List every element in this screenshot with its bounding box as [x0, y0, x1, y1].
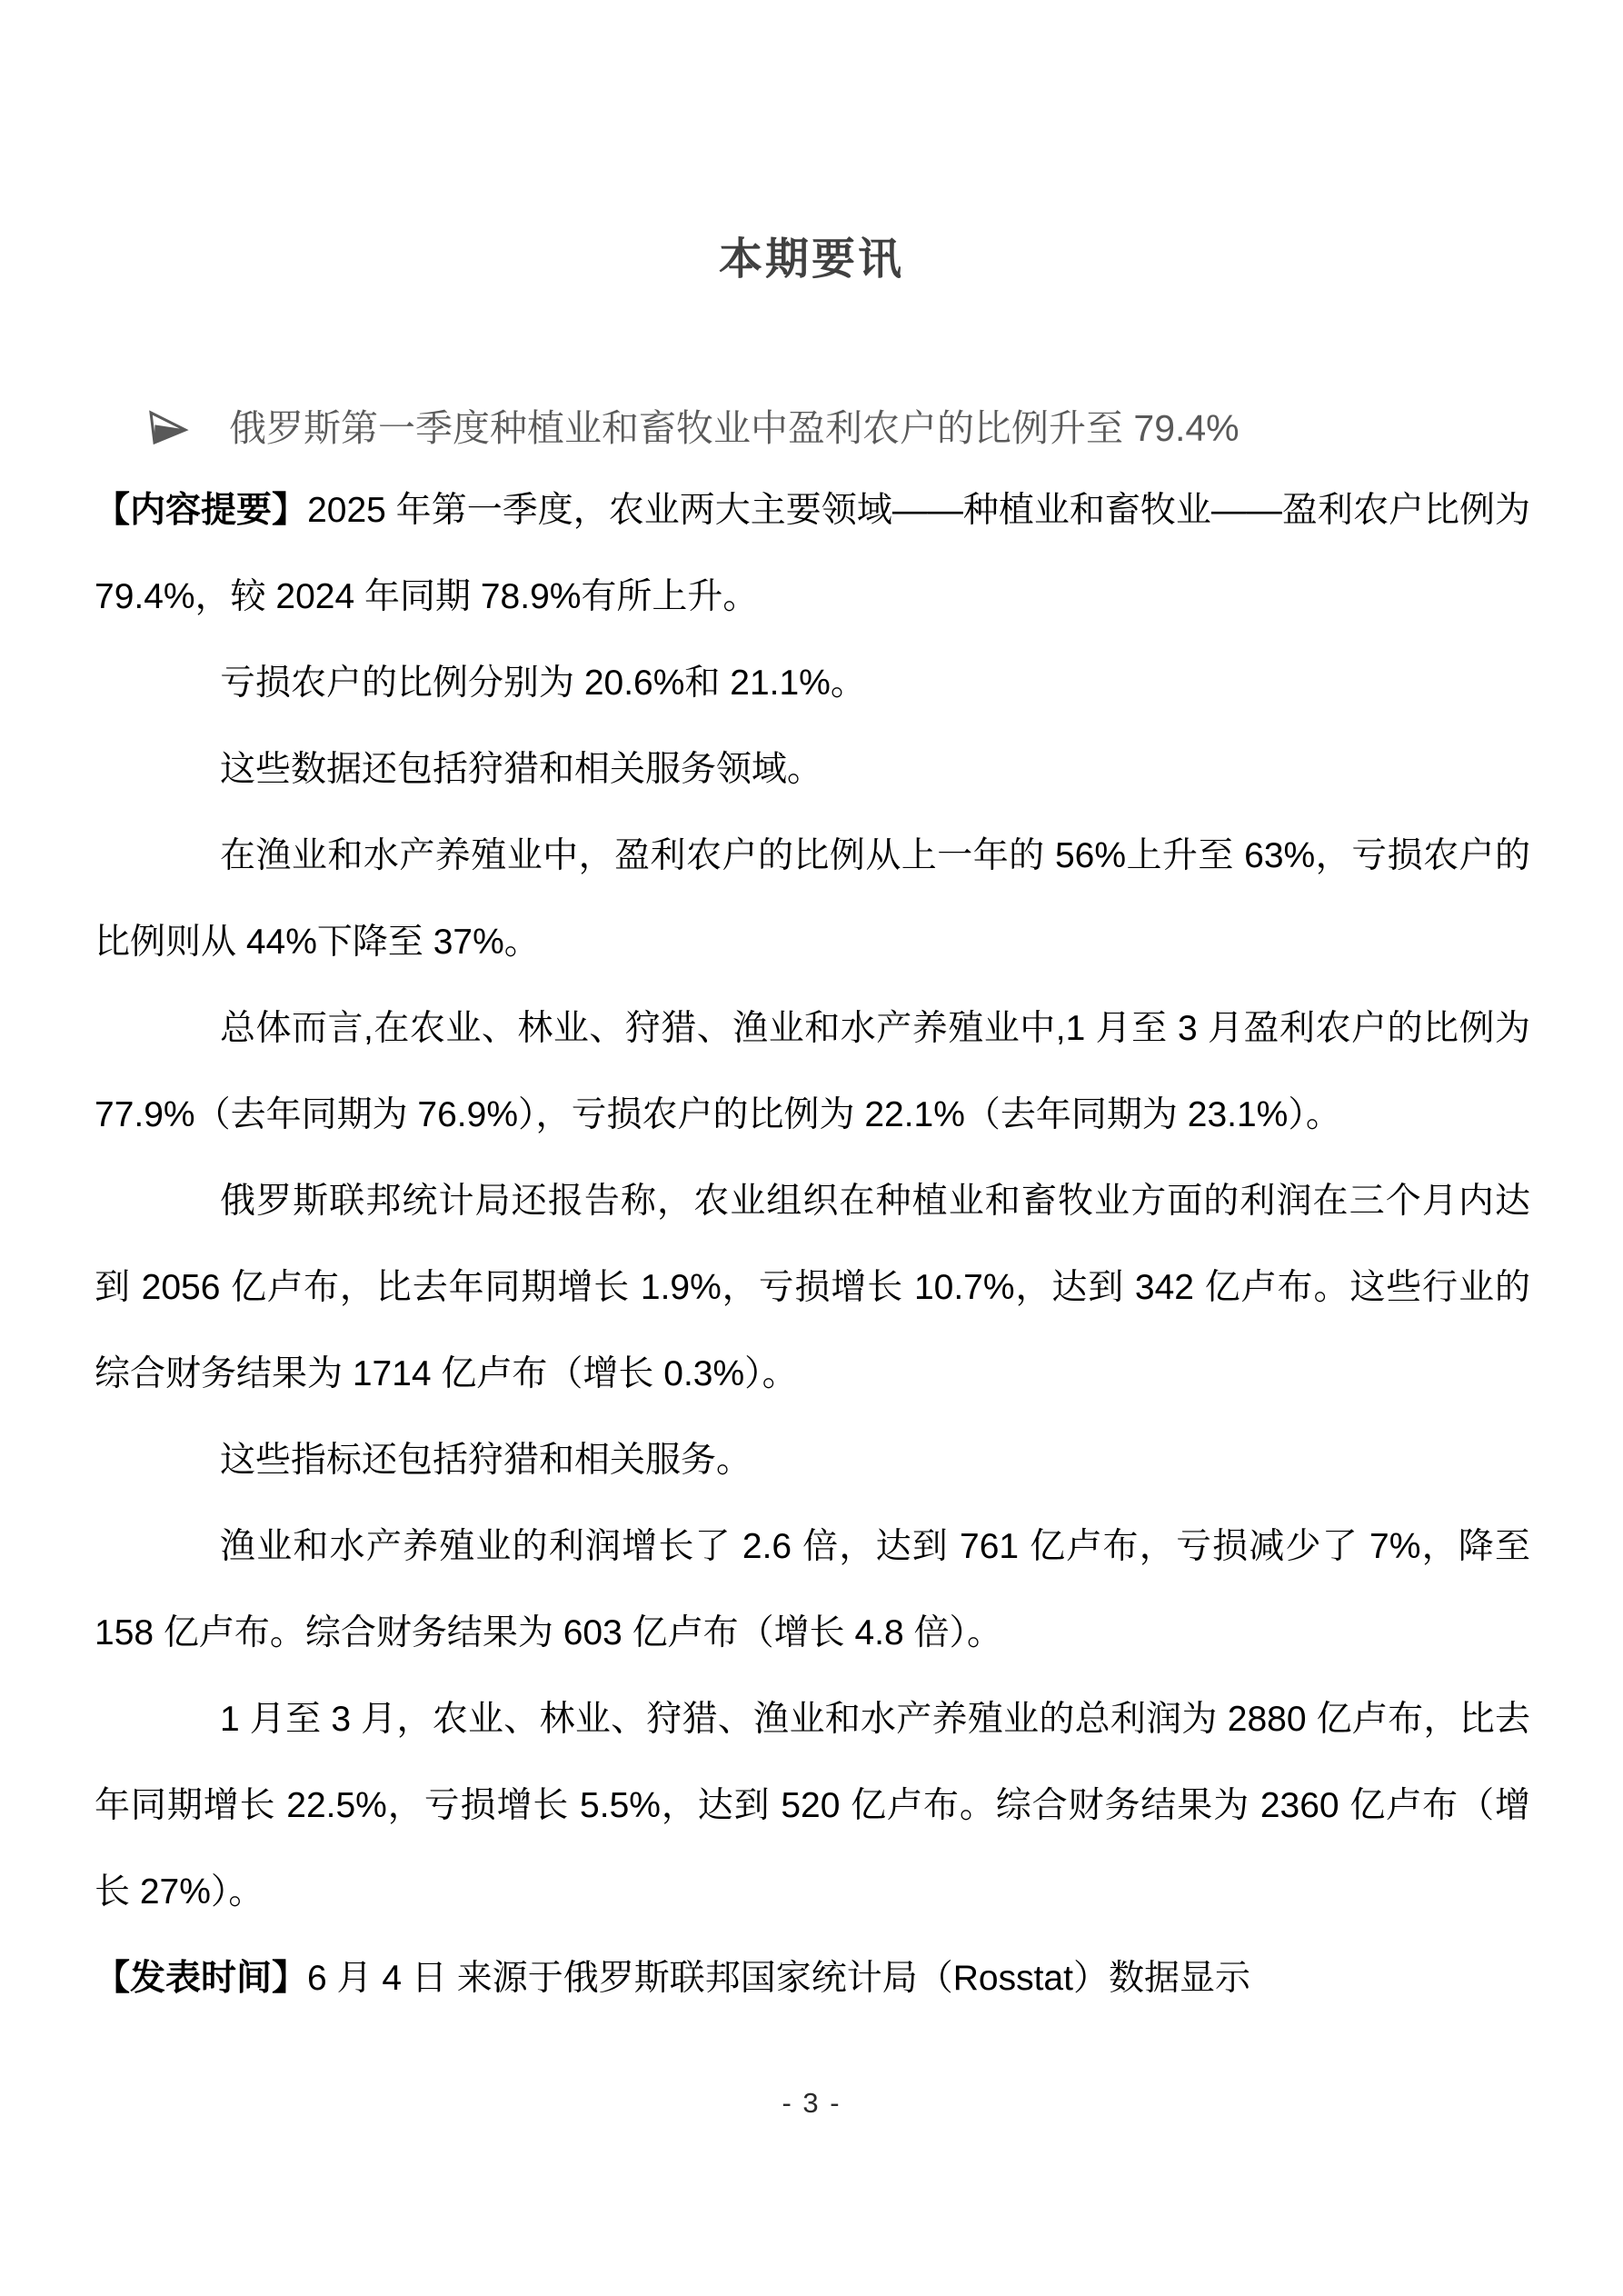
paragraph: 俄罗斯联邦统计局还报告称，农业组织在种植业和畜牧业方面的利润在三个月内达到 20…	[95, 1158, 1530, 1417]
body-paragraphs: 【内容提要】2025 年第一季度，农业两大主要领域——种植业和畜牧业——盈利农户…	[95, 467, 1530, 2021]
bulletin-headline: 俄罗斯第一季度种植业和畜牧业中盈利农户的比例升至 79.4%	[229, 403, 1240, 454]
paragraph-label: 【内容提要】	[95, 491, 307, 530]
document-page: 本期要讯 俄罗斯第一季度种植业和畜牧业中盈利农户的比例升至 79.4% 【内容提…	[0, 0, 1623, 2296]
bulletin-headline-row: 俄罗斯第一季度种植业和畜牧业中盈利农户的比例升至 79.4%	[147, 403, 1532, 454]
paragraph: 渔业和水产养殖业的利润增长了 2.6 倍，达到 761 亿卢布，亏损减少了 7%…	[95, 1503, 1530, 1676]
paragraph: 【内容提要】2025 年第一季度，农业两大主要领域——种植业和畜牧业——盈利农户…	[95, 467, 1530, 640]
paragraph: 总体而言,在农业、林业、狩猎、渔业和水产养殖业中,1 月至 3 月盈利农户的比例…	[95, 985, 1530, 1158]
paragraph: 1 月至 3 月，农业、林业、狩猎、渔业和水产养殖业的总利润为 2880 亿卢布…	[95, 1676, 1530, 1935]
paragraph: 【发表时间】6 月 4 日 来源于俄罗斯联邦国家统计局（Rosstat）数据显示	[95, 1935, 1530, 2021]
page-title: 本期要讯	[0, 0, 1623, 286]
page-number: - 3 -	[0, 2087, 1623, 2120]
arrowhead-right-icon	[147, 410, 189, 448]
paragraph: 在渔业和水产养殖业中，盈利农户的比例从上一年的 56%上升至 63%，亏损农户的…	[95, 813, 1530, 985]
paragraph-label: 【发表时间】	[95, 1959, 307, 1998]
paragraph: 这些指标还包括狩猎和相关服务。	[95, 1417, 1530, 1503]
paragraph: 这些数据还包括狩猎和相关服务领域。	[95, 726, 1530, 813]
paragraph: 亏损农户的比例分别为 20.6%和 21.1%。	[95, 640, 1530, 726]
